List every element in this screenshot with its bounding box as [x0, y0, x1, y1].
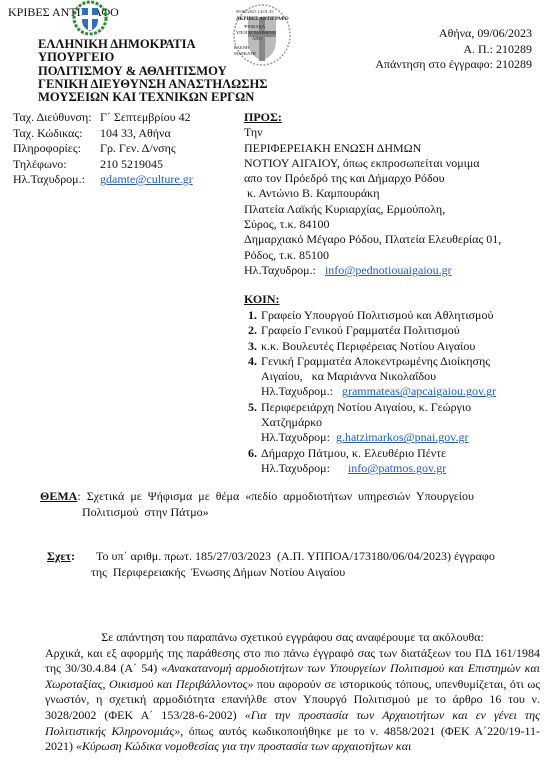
recipient-line: ΝΟΤΙΟΥ ΑΙΓΑΙΟΥ, όπως εκπροσωπείται νομιμ… — [244, 156, 501, 171]
cc-item: 3.κ.κ. Βουλευτές Περιφέρειας Νοτίου Αιγα… — [248, 339, 496, 354]
body-intro: Σε απάντηση του παραπάνω σχετικού εγγράφ… — [45, 630, 540, 646]
cc-title: ΚΟΙΝ: — [244, 292, 279, 307]
recipient-line: ΠΕΡΙΦΕΡΕΙΑΚΗ ΕΝΩΣΗ ΔΗΜΩΝ — [244, 141, 501, 156]
cc-email-link[interactable]: grammateas@apcaigaiou.gov.gr — [342, 384, 496, 398]
cc-item: 4.Γενική Γραμματέα Αποκεντρωμένης Διοίκη… — [248, 354, 496, 400]
contact-row: Ταχ. Διεύθυνση:Γ΄ Σεπτεμβρίου 42 — [13, 110, 193, 126]
recipient-line: απο τον Πρόεδρό της και Δήμαρχο Ρόδου — [244, 171, 501, 186]
heading-line: ΓΕΝΙΚΗ ΔΙΕΥΘΥΝΣΗ ΑΝΑΣΤΗΛΩΣΗΣ — [38, 78, 268, 91]
reference-label: Σχετ — [47, 549, 71, 563]
subject-text: Πολιτισμού στην Πάτμο» — [40, 505, 474, 521]
recipient-line: Δημαρχιακό Μέγαρο Ρόδου, Πλατεία Ελευθερ… — [244, 232, 501, 247]
heading-line: ΠΟΛΙΤΙΣΜΟΥ & ΑΘΛΗΤΙΣΜΟΥ — [38, 65, 268, 78]
date-protocol-block: Αθήνα, 09/06/2023 Α. Π.: 210289 Απάντηση… — [375, 26, 532, 73]
reference-text: Το υπ΄ αριθμ. πρωτ. 185/27/03/2023 (Α.Π.… — [96, 549, 495, 563]
subject-block: ΘΕΜΑ: Σχετικά με Ψήφισμα με θέμα «πεδίο … — [40, 489, 474, 520]
cc-item: 1.Γραφείο Υπουργού Πολιτισμού και Αθλητι… — [248, 308, 496, 323]
document-date: Αθήνα, 09/06/2023 — [375, 26, 532, 42]
contact-row: Τηλέφωνο:210 5219045 — [13, 157, 193, 173]
svg-text:09/06/2023 14:01:45: 09/06/2023 14:01:45 — [236, 9, 274, 14]
recipient-line: κ. Αντώνιο Β. Καμπουράκη — [244, 186, 501, 201]
cc-item: 5.Περιφερειάρχη Νοτίου Αιγαίου, κ. Γεώργ… — [248, 400, 496, 446]
recipient-email-row: Ηλ.Ταχυδρομ.: info@pednotiouaigaiou.gr — [244, 263, 501, 278]
sender-contact-info: Ταχ. Διεύθυνση:Γ΄ Σεπτεμβρίου 42 Ταχ. Κώ… — [13, 110, 193, 188]
subject-text: Σχετικά με Ψήφισμα με θέμα «πεδίο αρμοδι… — [87, 489, 474, 503]
cc-email-link[interactable]: g.hatzimarkos@pnai.gov.gr — [336, 430, 469, 444]
recipient-block: ΠΡΟΣ: Την ΠΕΡΙΦΕΡΕΙΑΚΗ ΕΝΩΣΗ ΔΗΜΩΝ ΝΟΤΙΟ… — [244, 110, 501, 278]
cc-item: 2.Γραφείο Γενικού Γραμματέα Πολιτισμού — [248, 323, 496, 338]
contact-row: Ηλ.Ταχυδρομ.:gdamte@culture.gr — [13, 172, 193, 188]
ministry-heading: ΕΛΛΗΝΙΚΗ ΔΗΜΟΚΡΑΤΙΑ ΥΠΟΥΡΓΕΙΟ ΠΟΛΙΤΙΣΜΟΥ… — [38, 38, 268, 104]
cc-list: 1.Γραφείο Υπουργού Πολιτισμού και Αθλητι… — [248, 308, 496, 476]
letter-body: Σε απάντηση του παραπάνω σχετικού εγγράφ… — [45, 630, 540, 755]
recipient-email-link[interactable]: info@pednotiouaigaiou.gr — [325, 263, 452, 277]
reference-block: Σχετ: Το υπ΄ αριθμ. πρωτ. 185/27/03/2023… — [47, 549, 495, 580]
recipient-line: Την — [244, 125, 501, 140]
svg-text:ΥΠΟΓΕΓΡΑΜΜΕΝΟ: ΥΠΟΓΕΓΡΑΜΜΕΝΟ — [236, 30, 277, 35]
cc-item: 6.Δήμαρχο Πάτμου, κ. Ελευθέριο Πέντε Ηλ.… — [248, 446, 496, 477]
protocol-number: Α. Π.: 210289 — [375, 42, 532, 58]
contact-row: Πληροφορίες:Γρ. Γεν. Δ/νσης — [13, 141, 193, 157]
recipient-line: Σύρος, τ.κ. 84100 — [244, 217, 501, 232]
sender-email-link[interactable]: gdamte@culture.gr — [100, 172, 193, 186]
body-paragraph: Αρχικά, και εξ αφορμής της παράθεσης στο… — [45, 646, 540, 754]
svg-text:ΑΚΡΙΒΕΣ ΑΝΤΙΓΡΑΦΟ: ΑΚΡΙΒΕΣ ΑΝΤΙΓΡΑΦΟ — [236, 17, 289, 22]
contact-row: Ταχ. Κώδικας:104 33, Αθήνα — [13, 126, 193, 142]
svg-text:ΨΗΦΙΑΚΑ: ΨΗΦΙΑΚΑ — [244, 24, 266, 29]
greek-coat-of-arms-icon — [72, 0, 108, 36]
heading-line: ΕΛΛΗΝΙΚΗ ΔΗΜΟΚΡΑΤΙΑ — [38, 38, 268, 51]
reply-reference: Απάντηση στο έγγραφο: 210289 — [375, 57, 532, 73]
cc-email-link[interactable]: info@patmos.gov.gr — [348, 461, 446, 475]
recipient-title: ΠΡΟΣ: — [244, 110, 501, 125]
recipient-line: Ρόδος, τ.κ. 85100 — [244, 248, 501, 263]
heading-line: ΜΟΥΣΕΙΩΝ ΚΑΙ ΤΕΧΝΙΚΩΝ ΕΡΓΩΝ — [38, 91, 268, 104]
reference-text: της Περιφερειακής Ένωσης Δήμων Νοτίου Αι… — [47, 565, 495, 581]
heading-line: ΥΠΟΥΡΓΕΙΟ — [38, 51, 268, 64]
recipient-line: Πλατεία Λαϊκής Κυριαρχίας, Ερμούπολη, — [244, 202, 501, 217]
subject-label: ΘΕΜΑ — [40, 489, 77, 503]
